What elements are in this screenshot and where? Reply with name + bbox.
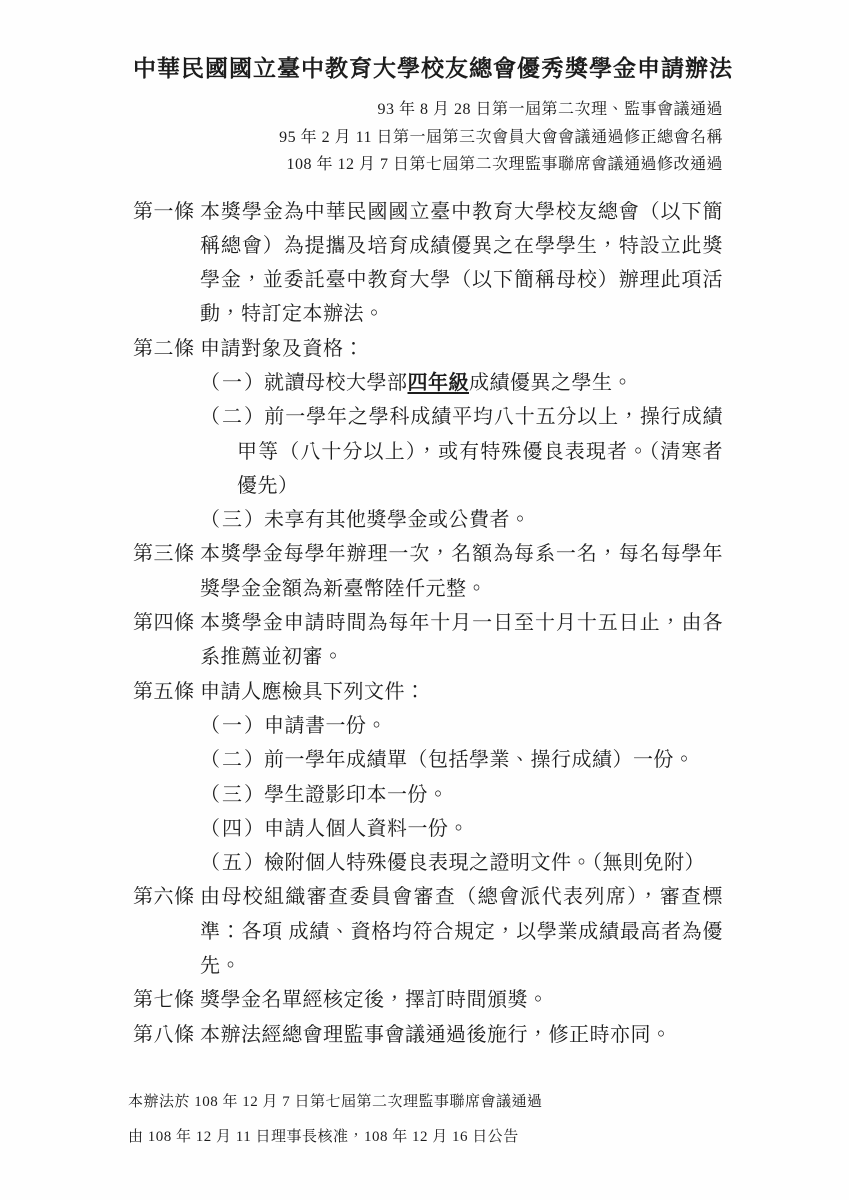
article-5-label: 第五條 <box>133 675 200 709</box>
item-text-emphasis: 四年級 <box>408 372 470 394</box>
article-3-text: 本獎學金每學年辦理一次，名額為每系一名，每名每學年獎學金金額為新臺幣陸仟元整。 <box>200 537 723 606</box>
revision-line-3: 108 年 12 月 7 日第七屆第二次理監事聯席會議通過修改通過 <box>133 151 723 179</box>
item-number: （一） <box>200 709 264 743</box>
item-text: 學生證影印本一份。 <box>264 784 449 806</box>
article-1-text: 本獎學金為中華民國國立臺中教育大學校友總會（以下簡稱總會）為提攜及培育成績優異之… <box>200 195 723 332</box>
footer-notes: 本辦法於 108 年 12 月 7 日第七屆第二次理監事聯席會議通過 由 108… <box>128 1085 723 1155</box>
article-7-text: 獎學金名單經核定後，擇訂時間頒獎。 <box>200 983 723 1017</box>
item-text-post: 成績優異之學生。 <box>469 372 633 394</box>
article-2-label: 第二條 <box>133 332 200 366</box>
item-text: 前一學年成績單（包括學業、操行成績）一份。 <box>264 749 695 771</box>
article-8: 第八條 本辦法經總會理監事會議通過後施行，修正時亦同。 <box>133 1018 723 1052</box>
article-2-item-2: （二）前一學年之學科成績平均八十五分以上，操行成績甲等（八十分以上），或有特殊優… <box>200 400 723 503</box>
item-text: 前一學年之學科成績平均八十五分以上，操行成績甲等（八十分以上），或有特殊優良表現… <box>237 406 723 497</box>
footer-note-2: 由 108 年 12 月 11 日理事長核准，108 年 12 月 16 日公告 <box>128 1120 723 1155</box>
item-number: （三） <box>200 778 264 812</box>
articles-body: 第一條 本獎學金為中華民國國立臺中教育大學校友總會（以下簡稱總會）為提攜及培育成… <box>133 195 723 1052</box>
revision-line-1: 93 年 8 月 28 日第一屆第二次理、監事會議通過 <box>133 96 723 124</box>
article-1-label: 第一條 <box>133 195 200 229</box>
item-text: 申請書一份。 <box>264 715 387 737</box>
article-6-text: 由母校組織審查委員會審查（總會派代表列席），審查標準：各項 成績、資格均符合規定… <box>200 880 723 983</box>
item-number: （五） <box>200 846 264 880</box>
article-2: 第二條 申請對象及資格： （一）就讀母校大學部四年級成績優異之學生。 （二）前一… <box>133 332 723 538</box>
article-2-item-3: （三）未享有其他獎學金或公費者。 <box>200 503 723 537</box>
article-5-item-2: （二）前一學年成績單（包括學業、操行成績）一份。 <box>200 743 723 777</box>
item-number: （四） <box>200 812 264 846</box>
article-2-item-1: （一）就讀母校大學部四年級成績優異之學生。 <box>200 366 723 400</box>
article-4-label: 第四條 <box>133 606 200 640</box>
document-page: 中華民國國立臺中教育大學校友總會優秀獎學金申請辦法 93 年 8 月 28 日第… <box>0 0 849 1200</box>
article-5-item-5: （五）檢附個人特殊優良表現之證明文件。（無則免附） <box>200 846 723 880</box>
item-number: （三） <box>200 503 264 537</box>
article-1: 第一條 本獎學金為中華民國國立臺中教育大學校友總會（以下簡稱總會）為提攜及培育成… <box>133 195 723 332</box>
article-8-label: 第八條 <box>133 1018 200 1052</box>
item-number: （二） <box>200 743 264 777</box>
article-8-text: 本辦法經總會理監事會議通過後施行，修正時亦同。 <box>200 1018 723 1052</box>
article-5-item-3: （三）學生證影印本一份。 <box>200 778 723 812</box>
article-5-item-4: （四）申請人個人資料一份。 <box>200 812 723 846</box>
article-7-label: 第七條 <box>133 983 200 1017</box>
article-4-text: 本獎學金申請時間為每年十月一日至十月十五日止，由各系推薦並初審。 <box>200 606 723 675</box>
item-number: （一） <box>200 366 264 400</box>
footer-note-1: 本辦法於 108 年 12 月 7 日第七屆第二次理監事聯席會議通過 <box>128 1085 723 1120</box>
article-6-label: 第六條 <box>133 880 200 914</box>
article-7: 第七條 獎學金名單經核定後，擇訂時間頒獎。 <box>133 983 723 1017</box>
item-text: 檢附個人特殊優良表現之證明文件。（無則免附） <box>264 852 705 874</box>
article-2-text: 申請對象及資格： <box>200 332 723 366</box>
article-3: 第三條 本獎學金每學年辦理一次，名額為每系一名，每名每學年獎學金金額為新臺幣陸仟… <box>133 537 723 606</box>
item-text-pre: 就讀母校大學部 <box>264 372 408 394</box>
article-3-label: 第三條 <box>133 537 200 571</box>
article-5: 第五條 申請人應檢具下列文件： （一）申請書一份。 （二）前一學年成績單（包括學… <box>133 675 723 881</box>
item-number: （二） <box>200 400 264 434</box>
article-5-item-1: （一）申請書一份。 <box>200 709 723 743</box>
revision-line-2: 95 年 2 月 11 日第一屆第三次會員大會會議通過修正總會名稱 <box>133 124 723 152</box>
revision-history: 93 年 8 月 28 日第一屆第二次理、監事會議通過 95 年 2 月 11 … <box>133 96 723 179</box>
article-6: 第六條 由母校組織審查委員會審查（總會派代表列席），審查標準：各項 成績、資格均… <box>133 880 723 983</box>
article-5-text: 申請人應檢具下列文件： <box>200 675 723 709</box>
item-text: 未享有其他獎學金或公費者。 <box>264 509 531 531</box>
document-title: 中華民國國立臺中教育大學校友總會優秀獎學金申請辦法 <box>133 52 723 86</box>
article-4: 第四條 本獎學金申請時間為每年十月一日至十月十五日止，由各系推薦並初審。 <box>133 606 723 675</box>
item-text: 申請人個人資料一份。 <box>264 818 469 840</box>
